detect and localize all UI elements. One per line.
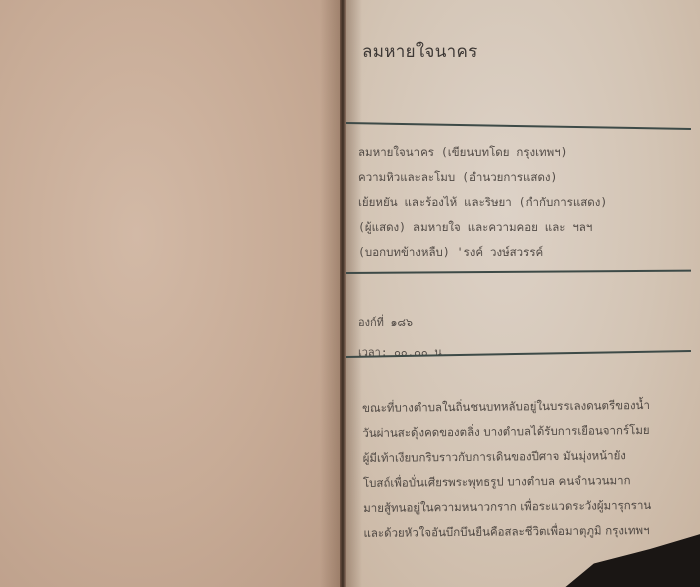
left-page (0, 0, 342, 587)
credit-line: (ผู้แสดง) ลมหายใจ และความคอย และ ฯลฯ (358, 215, 607, 240)
body-paragraph: ขณะที่บางตำบลในถิ่นชนบทหลับอยู่ในบรรเลงด… (362, 393, 694, 546)
book-spine (340, 0, 346, 587)
body-line: ขณะที่บางตำบลในถิ่นชนบทหลับอยู่ในบรรเลงด… (362, 393, 692, 421)
scene-meta: องก์ที่ ๑๘๖ เวลา: ๐๐.๐๐ น. (358, 308, 448, 368)
body-line: โบสถ์เพื่อบั่นเศียรพระพุทธรูป บางตำบล คน… (363, 468, 693, 496)
page-title: ลมหายใจนาคร (362, 38, 478, 65)
act-number: องก์ที่ ๑๘๖ (358, 308, 448, 338)
body-line: และด้วยหัวใจอันบึกบึนยืนคือสละชีวิตเพื่อ… (363, 518, 693, 546)
scene-time: เวลา: ๐๐.๐๐ น. (358, 338, 448, 368)
credit-line: (บอกบทข้างหลืบ) 'รงค์ วงษ์สวรรค์ (358, 240, 607, 265)
divider-middle (346, 270, 691, 274)
body-line: วันผ่านสะดุ้งคดของตลิ่ง บางตำบลได้รับการ… (362, 418, 692, 446)
body-line: มายสู้ทนอยู่ในความหนาวกราก เพื่อระแวดระว… (363, 493, 693, 521)
right-page: ลมหายใจนาคร ลมหายใจนาคร (เขียนบทโดย กรุง… (346, 0, 700, 587)
credits-block: ลมหายใจนาคร (เขียนบทโดย กรุงเทพฯ) ความหิ… (358, 140, 607, 265)
credit-line: เย้ยหยัน และร้องไห้ และริษยา (กำกับการแส… (358, 190, 607, 215)
divider-top (346, 122, 691, 130)
credit-line: ลมหายใจนาคร (เขียนบทโดย กรุงเทพฯ) (358, 140, 607, 165)
body-line: ผู้มีเท้าเงียบกริบราวกับการเดินของปีศาจ … (363, 443, 693, 471)
credit-line: ความหิวและละโมบ (อำนวยการแสดง) (358, 165, 607, 190)
